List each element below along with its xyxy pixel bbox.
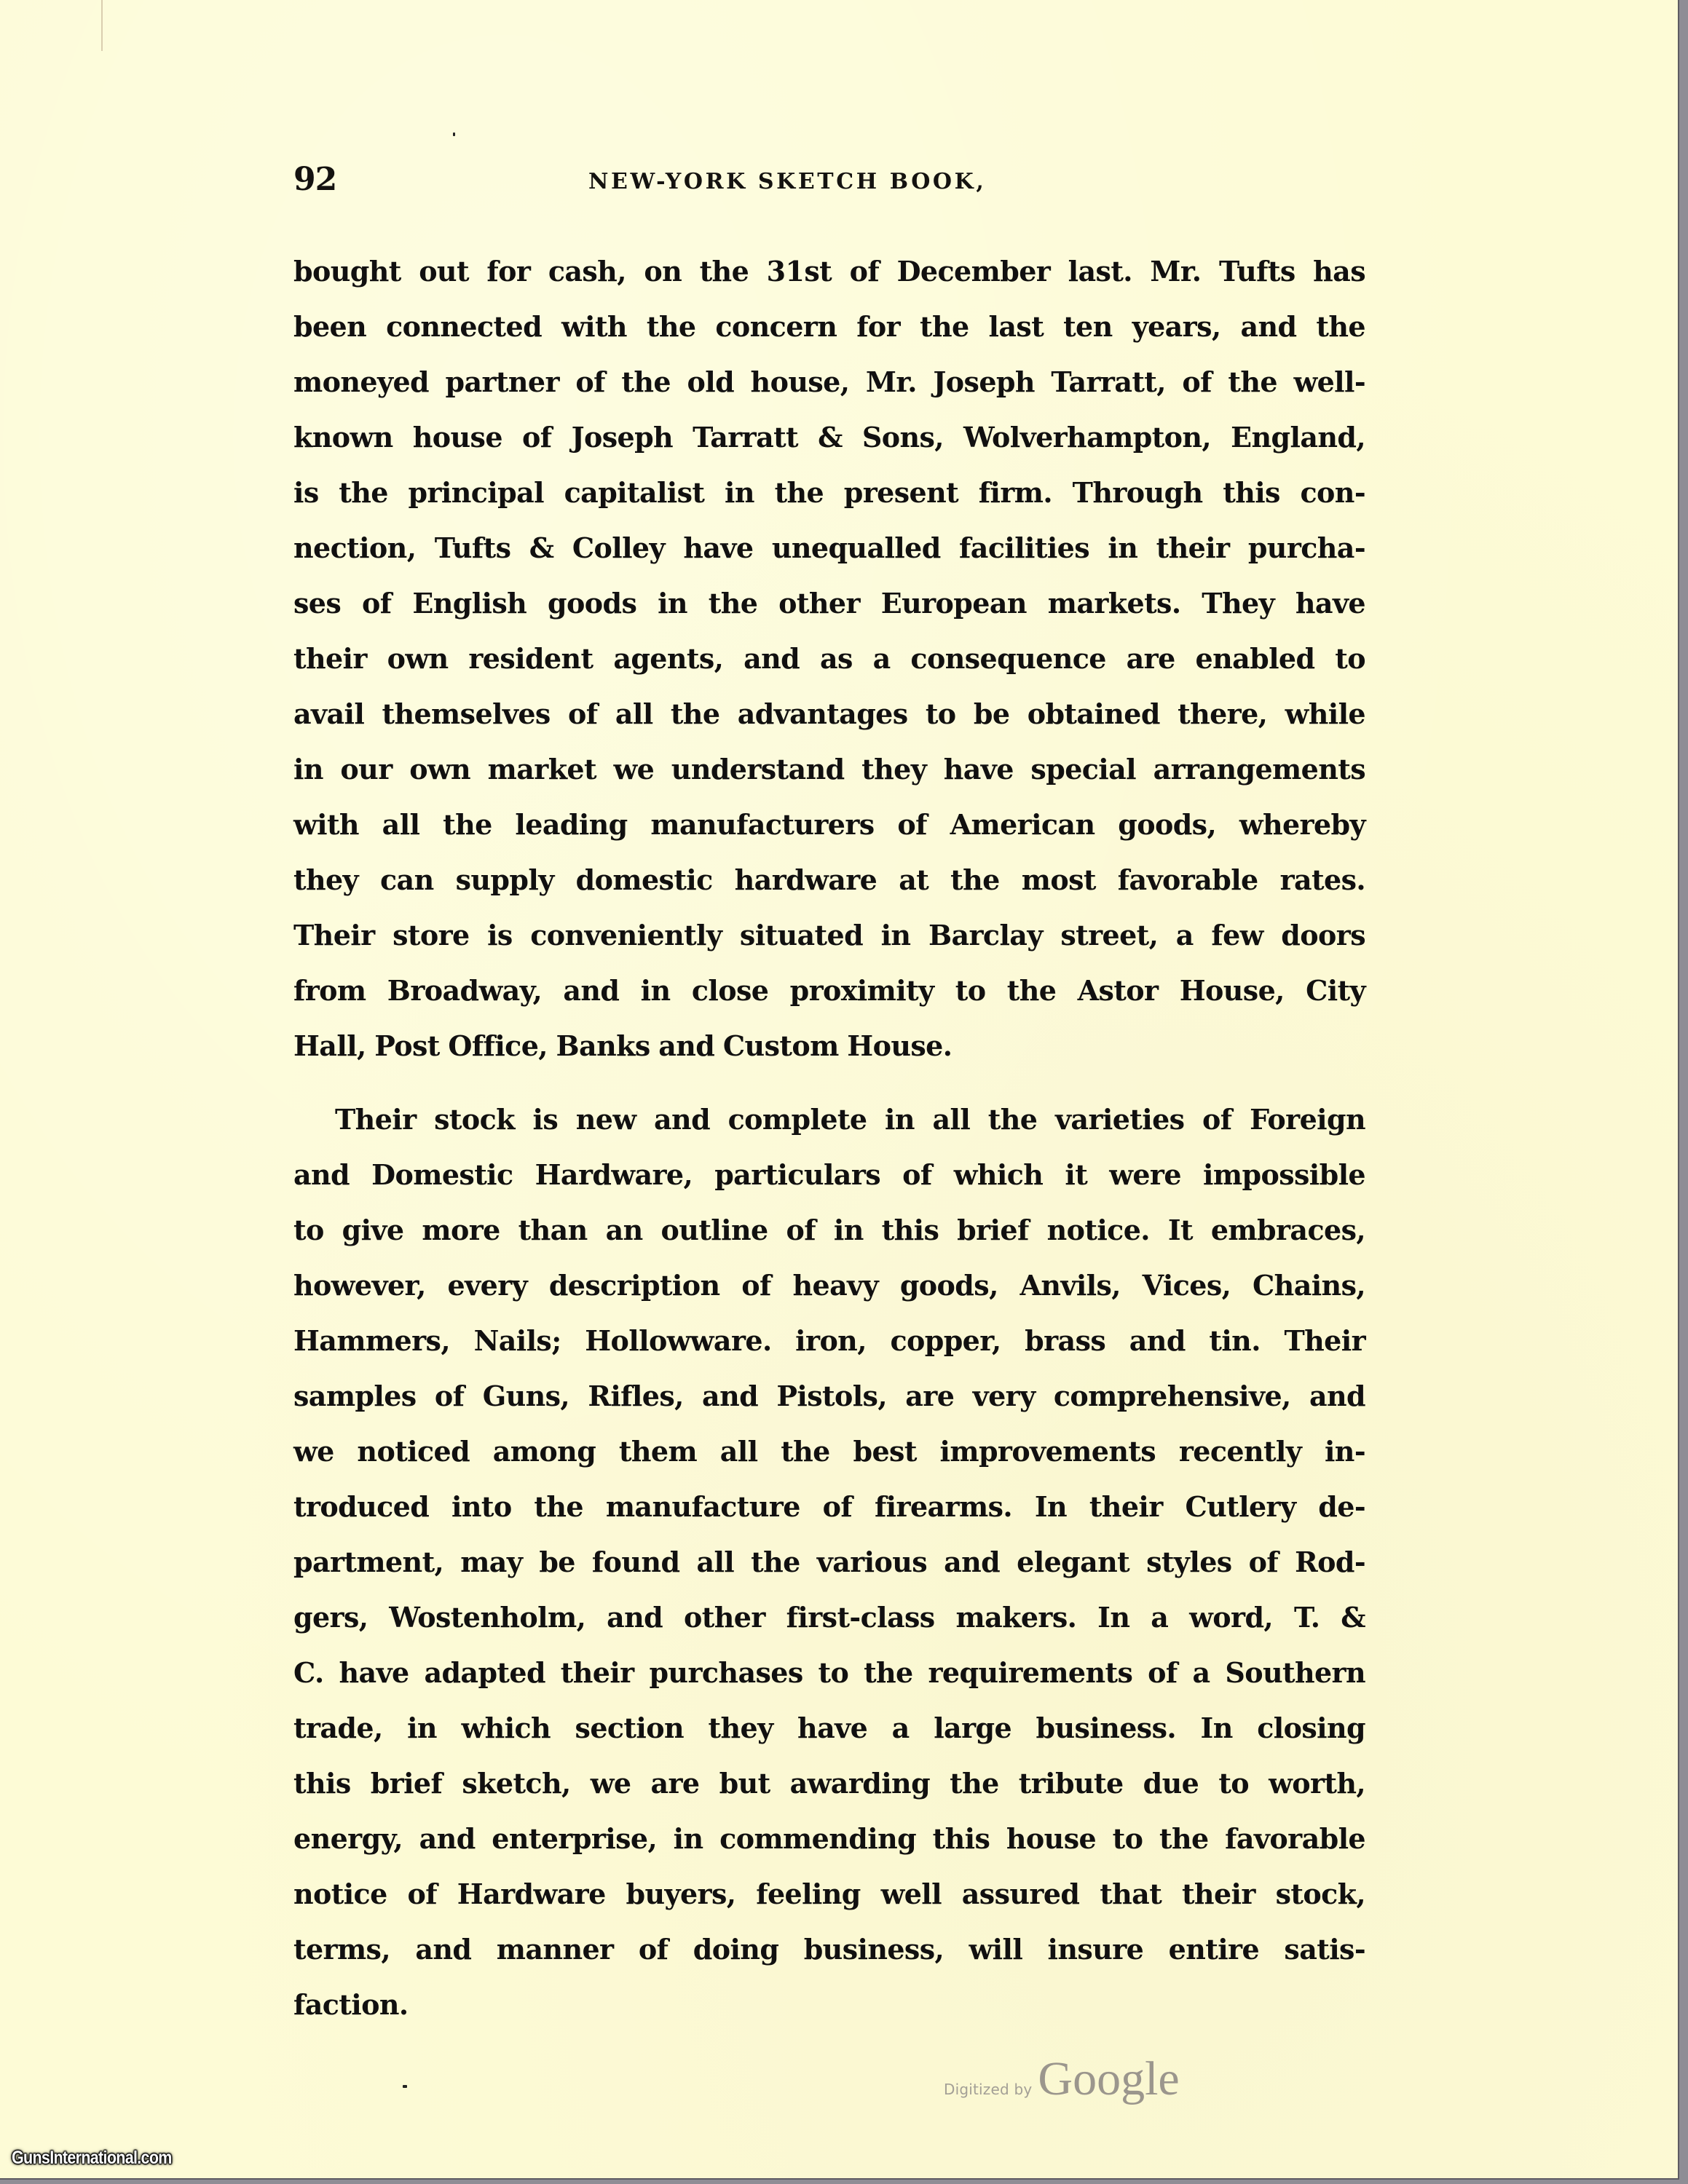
text-line: Hall, Post Office, Banks and Custom Hous… xyxy=(293,1018,1365,1074)
text-line: samples of Guns, Rifles, and Pistols, ar… xyxy=(293,1369,1365,1424)
text-line: partment, may be found all the various a… xyxy=(293,1535,1365,1590)
text-line: Their stock is new and complete in all t… xyxy=(293,1092,1365,1147)
text-line: gers, Wostenholm, and other first-class … xyxy=(293,1590,1365,1645)
text-line: we noticed among them all the best impro… xyxy=(293,1424,1365,1479)
text-line: troduced into the manufacture of firearm… xyxy=(293,1479,1365,1535)
digitized-by-label: Digitized by xyxy=(944,2081,1032,2098)
page-number: 92 xyxy=(293,162,336,198)
text-line: faction. xyxy=(293,1977,1365,2033)
text-line: from Broadway, and in close proximity to… xyxy=(293,963,1365,1018)
running-head-title: NEW-YORK SKETCH BOOK, xyxy=(588,167,986,197)
text-line: notice of Hardware buyers, feeling well … xyxy=(293,1867,1365,1922)
paragraph-2: Their stock is new and complete in all t… xyxy=(293,1092,1365,2033)
print-speck xyxy=(403,2085,407,2088)
text-line: bought out for cash, on the 31st of Dece… xyxy=(293,244,1365,299)
gunsinternational-watermark: GunsInternational.com xyxy=(12,2148,172,2169)
scan-fold-line xyxy=(101,0,103,51)
text-line: terms, and manner of doing business, wil… xyxy=(293,1922,1365,1977)
print-speck xyxy=(453,132,455,136)
text-line: Hammers, Nails; Hollowware. iron, copper… xyxy=(293,1313,1365,1369)
text-line: ses of English goods in the other Europe… xyxy=(293,576,1365,631)
text-line: C. have adapted their purchases to the r… xyxy=(293,1645,1365,1701)
text-line: avail themselves of all the advantages t… xyxy=(293,687,1365,742)
text-line: energy, and enterprise, in commending th… xyxy=(293,1811,1365,1867)
text-line: known house of Joseph Tarratt & Sons, Wo… xyxy=(293,410,1365,465)
text-line: they can supply domestic hardware at the… xyxy=(293,852,1365,908)
text-line: and Domestic Hardware, particulars of wh… xyxy=(293,1147,1365,1203)
paragraph-1: bought out for cash, on the 31st of Dece… xyxy=(293,244,1365,1074)
digitized-by-google-mark: Digitized by Google xyxy=(944,2052,1180,2107)
text-line: nection, Tufts & Colley have unequalled … xyxy=(293,521,1365,576)
text-line: this brief sketch, we are but awarding t… xyxy=(293,1756,1365,1811)
text-line: their own resident agents, and as a cons… xyxy=(293,631,1365,687)
text-line: in our own market we understand they hav… xyxy=(293,742,1365,797)
scanned-page: 92 NEW-YORK SKETCH BOOK, bought out for … xyxy=(0,0,1679,2180)
paragraph-1-text: bought out for cash, on the 31st of Dece… xyxy=(293,244,1365,1074)
paragraph-2-text: Their stock is new and complete in all t… xyxy=(293,1092,1365,2033)
text-line: to give more than an outline of in this … xyxy=(293,1203,1365,1258)
text-line: moneyed partner of the old house, Mr. Jo… xyxy=(293,355,1365,410)
text-line: Their store is conveniently situated in … xyxy=(293,908,1365,963)
text-line: however, every description of heavy good… xyxy=(293,1258,1365,1313)
text-line: been connected with the concern for the … xyxy=(293,299,1365,355)
text-line: trade, in which section they have a larg… xyxy=(293,1701,1365,1756)
text-line: is the principal capitalist in the prese… xyxy=(293,465,1365,521)
google-logo-text: Google xyxy=(1038,2052,1179,2105)
running-head: 92 NEW-YORK SKETCH BOOK, xyxy=(293,162,1365,198)
text-line: with all the leading manufacturers of Am… xyxy=(293,797,1365,852)
